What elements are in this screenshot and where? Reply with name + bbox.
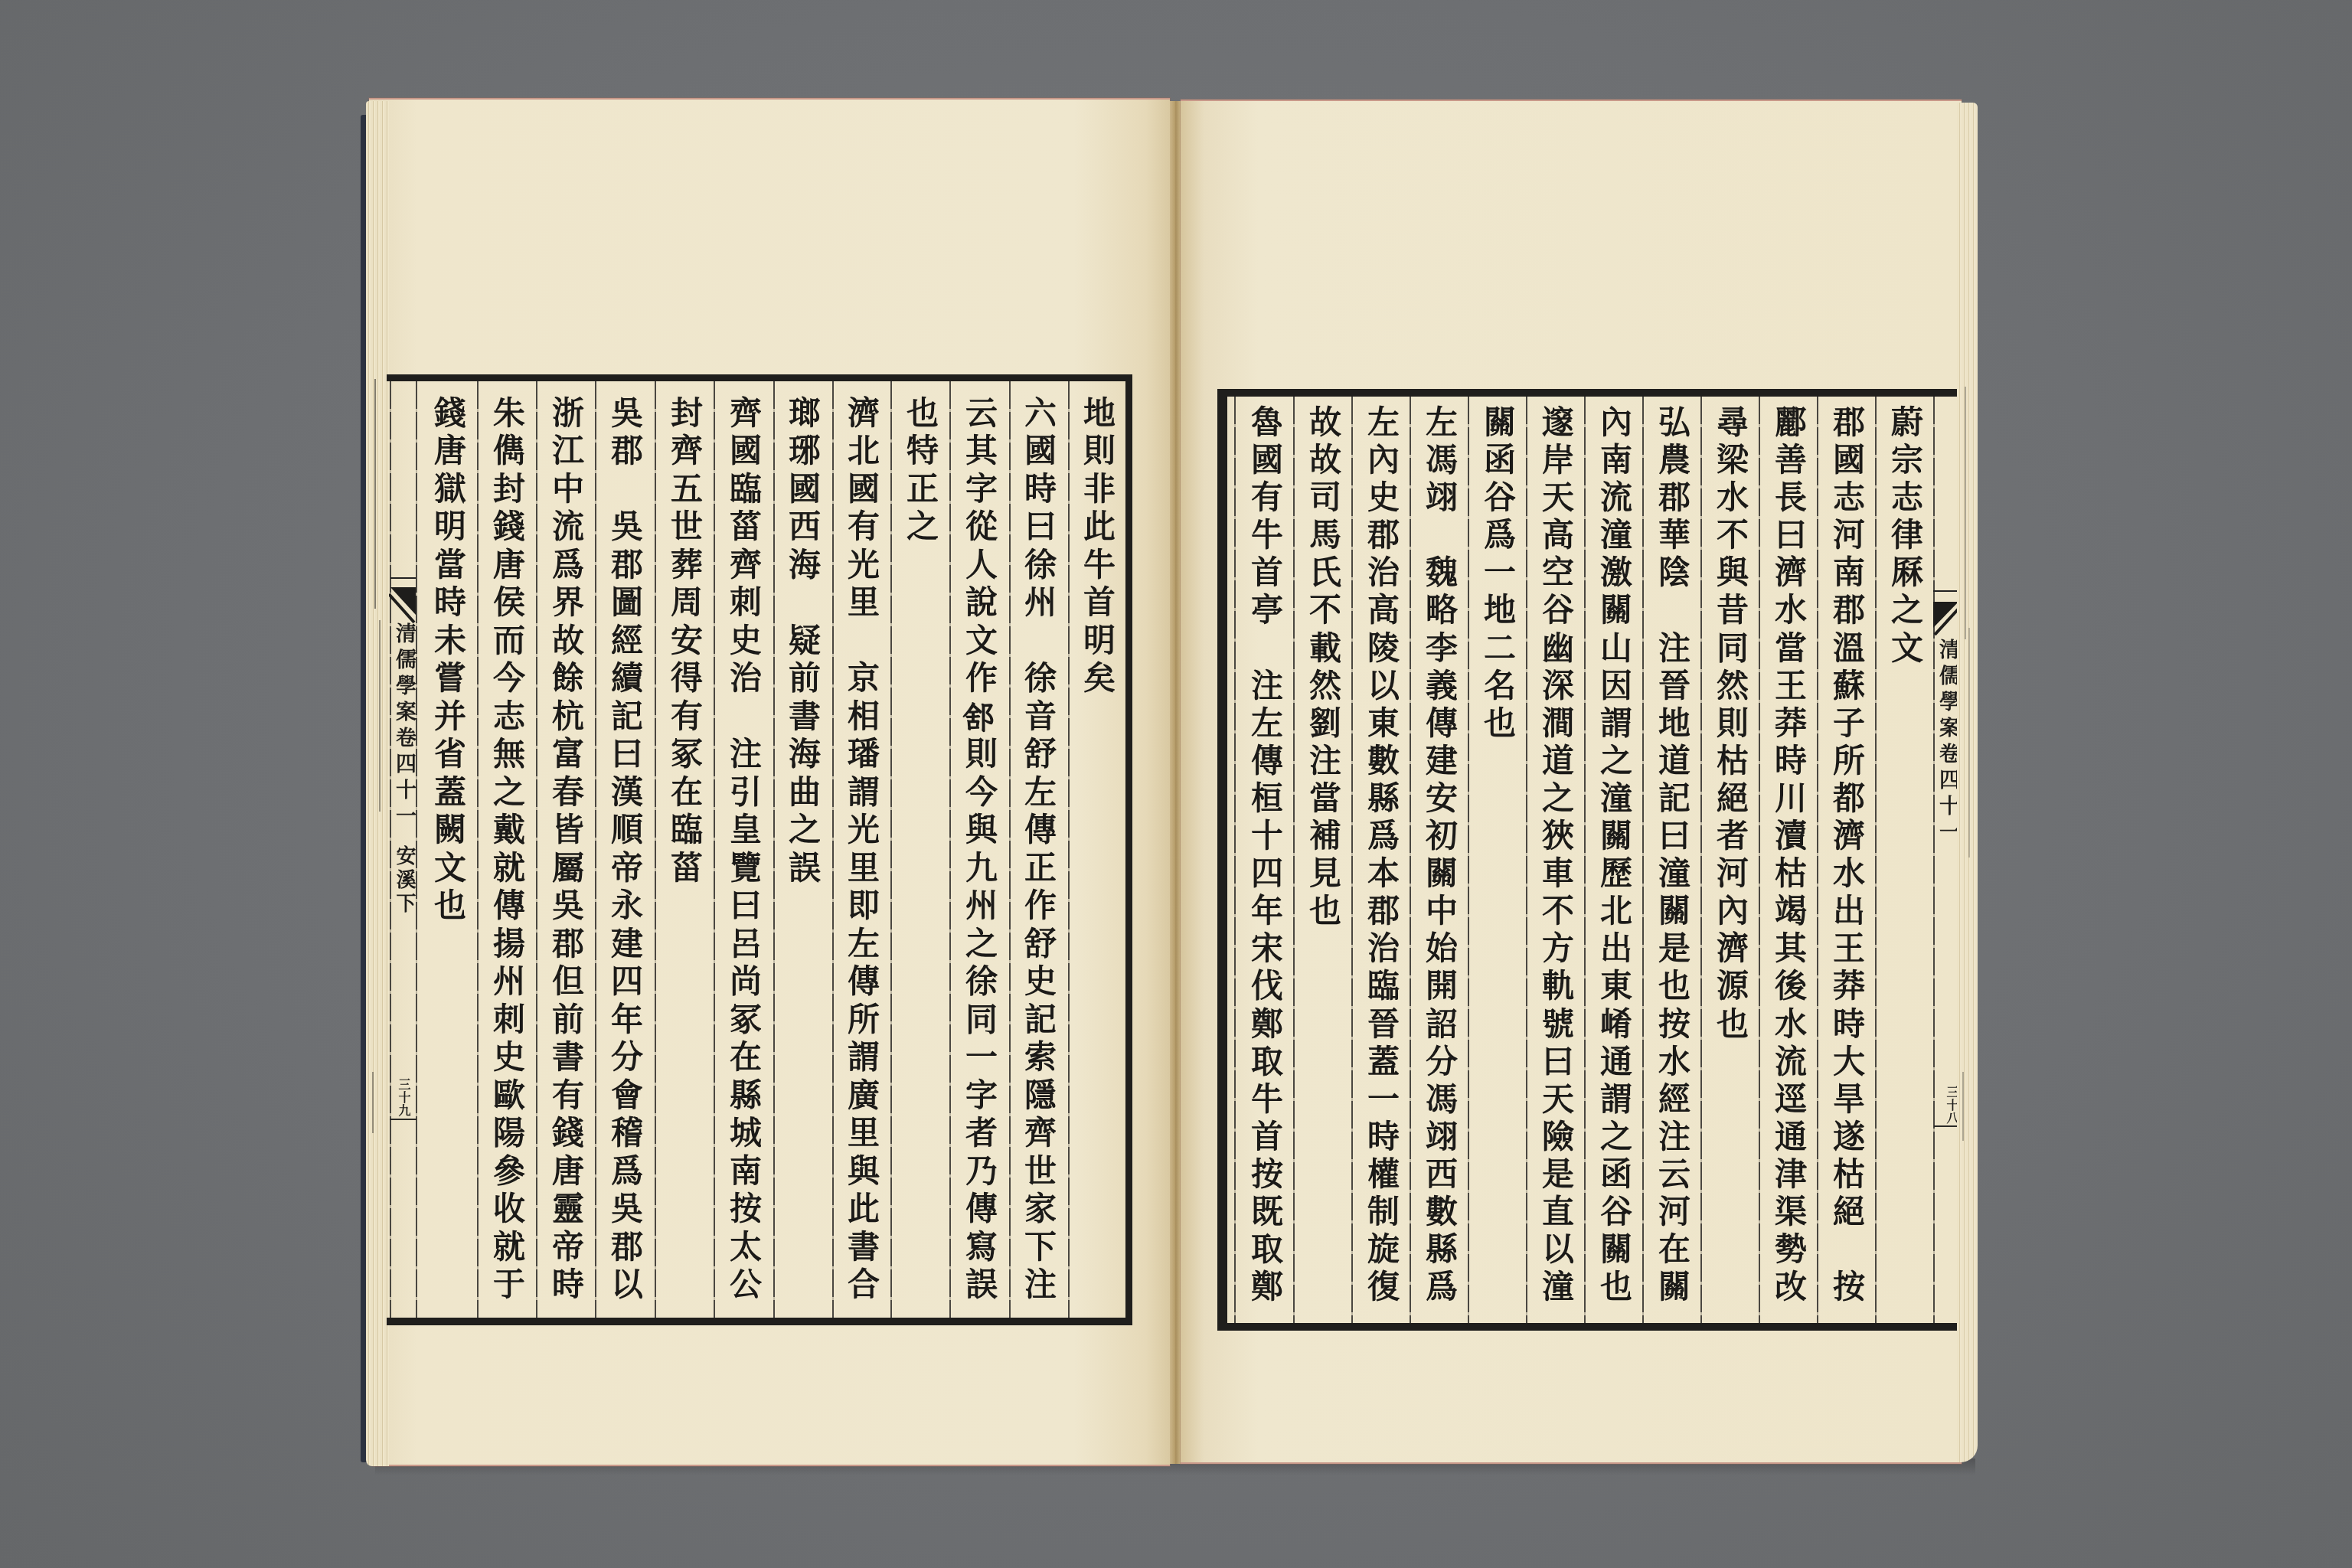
page-edge-stack-right xyxy=(1957,103,1978,1462)
text-column: 瑯琊國西海 疑前書海曲之誤 xyxy=(773,396,831,1318)
text-column: 地則非此牛首明矣 xyxy=(1068,396,1126,1318)
fish-tail-ornament-icon xyxy=(1932,590,1960,643)
text-column: 左內史郡治高陵以東數縣爲本郡治臨晉蓋一時權制旋復 xyxy=(1352,405,1410,1320)
text-column: 左馮翊 魏略李義傳建安初關中始開詔分馮翊西數縣爲 xyxy=(1410,405,1468,1320)
text-column: 封齊五世葬周安得有冢在臨菑 xyxy=(655,396,714,1318)
banxin-section: 安溪下 xyxy=(391,845,417,922)
text-column: 魯國有牛首亭 注左傳桓十四年宋伐鄭取牛首按既取鄭 xyxy=(1236,405,1294,1320)
text-column: 錢唐獄明當時未嘗并省蓋闕文也 xyxy=(419,396,477,1318)
text-column: 也特正之 xyxy=(891,396,949,1318)
text-column: 六國時曰徐州 徐音舒左傳正作舒史記索隱齊世家下注 xyxy=(1009,396,1067,1318)
page-number: 三十九 xyxy=(390,1078,416,1118)
photo-scene: 清儒學案卷四十一 安溪下 三十九 地則非此牛首明矣 六國時曰徐州 徐音舒左傳正作… xyxy=(0,0,2352,1568)
text-column: 云其字從人說文作𨛭則今與九州之徐同一字者乃傳寫誤 xyxy=(950,396,1008,1318)
banxin-divider-line xyxy=(390,1119,416,1120)
underlying-page-print-mark xyxy=(1962,1072,1964,1141)
text-column: 朱儁封錢唐侯而今志無之戴就傳揚州刺史歐陽參收就于 xyxy=(478,396,536,1318)
text-column: 濟北國有光里 京相璠謂光里即左傳所謂廣里與此書合 xyxy=(832,396,890,1318)
text-column: 齊國臨菑齊刺史治 注引皇覽曰呂尚冢在縣城南按太公 xyxy=(714,396,773,1318)
underlying-page-print-mark xyxy=(374,379,376,609)
underlying-page-print-mark xyxy=(379,620,381,812)
underlying-page-print-mark xyxy=(1968,628,1970,857)
banxin-title: 清儒學案卷四十一 xyxy=(390,622,416,837)
banxin-divider-line xyxy=(1934,1125,1957,1127)
text-column: 故故司馬氏不載然劉注當補見也 xyxy=(1294,405,1352,1320)
banxin-title: 清儒學案卷四十一 xyxy=(1934,639,1960,853)
underlying-page-print-mark xyxy=(372,1072,374,1133)
text-column: 弘農郡華陰 注晉地道記曰潼關是也按水經注云河在關 xyxy=(1643,405,1701,1320)
text-column: 郡國志河南郡溫蘇子所都濟水出王莽時大旱遂枯絕 按 xyxy=(1818,405,1876,1320)
book-gutter xyxy=(1170,101,1181,1464)
fish-tail-ornament-icon xyxy=(389,574,416,628)
text-column: 浙江中流爲界故餘杭富春皆屬吳郡但前書有錢唐靈帝時 xyxy=(537,396,595,1318)
text-column: 吳郡 吳郡圖經續記曰漢順帝永建四年分會稽爲吳郡以 xyxy=(596,396,654,1318)
text-column: 關函谷爲一地二名也 xyxy=(1468,405,1527,1320)
text-column: 酈善長曰濟水當王莽時川瀆枯竭其後水流逕通津渠勢改 xyxy=(1759,405,1818,1320)
text-column: 邃岸天高空谷幽深澗道之狹車不方軌號曰天險是直以潼 xyxy=(1527,405,1585,1320)
text-column: 內南流潼激關山因謂之潼關歷北出東崤通謂之函谷關也 xyxy=(1585,405,1643,1320)
page-edge-stack-left xyxy=(366,101,389,1466)
underlying-page-print-mark xyxy=(1965,387,1966,639)
text-column: 蔚宗志律厤之文 xyxy=(1876,405,1934,1320)
text-column: 尋梁水不與昔同然則枯絕者河內濟源也 xyxy=(1701,405,1759,1320)
